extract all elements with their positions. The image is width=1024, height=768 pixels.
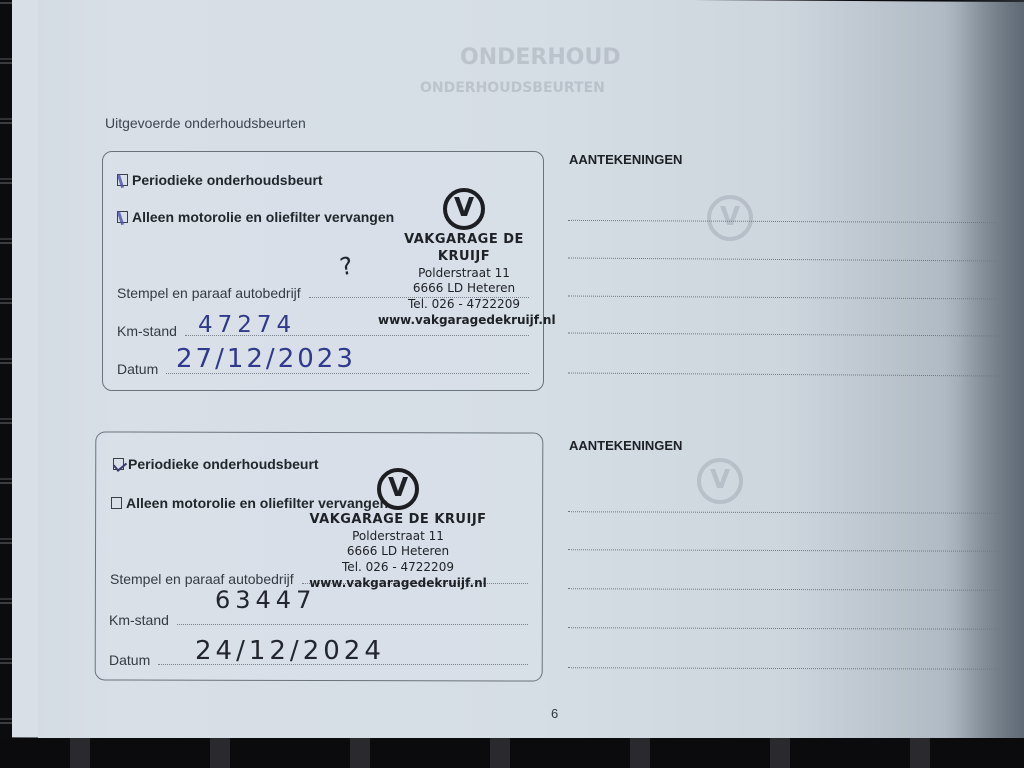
field-label: Datum	[109, 652, 150, 668]
garage-website: www.vakgaragedekruijf.nl	[378, 313, 550, 329]
garage-phone: Tel. 026 - 4722209	[378, 297, 550, 313]
option-oil-change[interactable]: Alleen motorolie en oliefilter vervangen	[117, 209, 394, 225]
option-label: Alleen motorolie en oliefilter vervangen	[132, 209, 394, 225]
garage-stamp: V VAKGARAGE DE KRUIJF Polderstraat 11 66…	[308, 468, 488, 591]
garage-phone: Tel. 026 - 4722209	[308, 560, 488, 576]
checkbox-icon[interactable]	[117, 174, 128, 186]
show-through-stamp: V	[630, 458, 810, 508]
garage-website: www.vakgaragedekruijf.nl	[308, 576, 488, 592]
field-label: Km-stand	[109, 612, 169, 628]
garage-logo-icon: V	[377, 468, 419, 510]
km-field: Km-stand	[109, 612, 528, 628]
field-label: Stempel en paraaf autobedrijf	[110, 571, 294, 587]
garage-logo-icon: V	[697, 458, 743, 504]
option-label: Periodieke onderhoudsbeurt	[128, 456, 319, 472]
checkbox-icon[interactable]	[111, 497, 122, 509]
garage-name: VAKGARAGE DE KRUIJF	[378, 232, 550, 266]
option-periodic-service[interactable]: Periodieke onderhoudsbeurt	[113, 456, 319, 472]
km-value[interactable]: 47274	[198, 312, 296, 338]
table-surface	[0, 738, 1024, 768]
garage-street: Polderstraat 11	[308, 529, 488, 545]
option-periodic-service[interactable]: Periodieke onderhoudsbeurt	[117, 172, 323, 188]
garage-city: 6666 LD Heteren	[378, 281, 550, 297]
km-value[interactable]: 63447	[215, 586, 316, 614]
show-through-title: ONDERHOUD	[460, 45, 621, 70]
garage-city: 6666 LD Heteren	[308, 544, 488, 560]
checkbox-checked-icon[interactable]	[113, 458, 124, 470]
page-number: 6	[551, 706, 558, 721]
garage-street: Polderstraat 11	[378, 266, 550, 282]
option-label: Periodieke onderhoudsbeurt	[132, 172, 323, 188]
notes-title: AANTEKENINGEN	[569, 152, 682, 167]
garage-logo-icon: V	[443, 188, 485, 230]
date-value[interactable]: 27/12/2023	[176, 344, 356, 374]
section-title: Uitgevoerde onderhoudsbeurten	[105, 115, 306, 131]
field-label: Datum	[117, 361, 158, 377]
garage-name: VAKGARAGE DE KRUIJF	[308, 512, 488, 529]
garage-logo-icon: V	[707, 195, 753, 241]
notes-title: AANTEKENINGEN	[569, 438, 682, 453]
date-value[interactable]: 24/12/2024	[195, 636, 385, 666]
show-through-subtitle: ONDERHOUDSBEURTEN	[420, 80, 605, 96]
field-label: Km-stand	[117, 323, 177, 339]
checkbox-icon[interactable]	[117, 211, 128, 223]
field-label: Stempel en paraaf autobedrijf	[117, 285, 301, 301]
garage-stamp: V VAKGARAGE DE KRUIJF Polderstraat 11 66…	[378, 188, 550, 328]
